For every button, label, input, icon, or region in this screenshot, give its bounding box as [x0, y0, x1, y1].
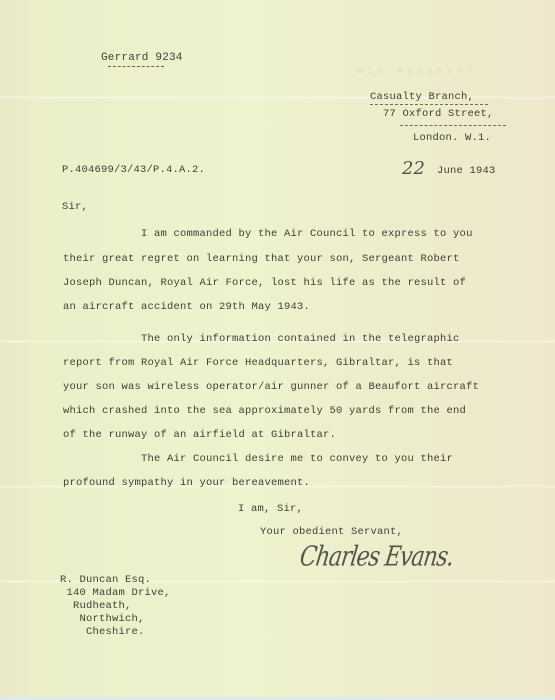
body-line: report from Royal Air Force Headquarters… [63, 357, 453, 369]
closing-line-1: I am, Sir, [238, 503, 303, 515]
reference-number: P.404699/3/43/P.4.A.2. [62, 164, 205, 176]
closing-line-2: Your obedient Servant, [260, 526, 403, 538]
telephone-underline [108, 66, 164, 67]
date-day-handwritten: 22 [402, 158, 425, 179]
sender-address-line-3: London. W.1. [413, 132, 491, 144]
body-line: Joseph Duncan, Royal Air Force, lost his… [63, 277, 466, 289]
body-line: which crashed into the sea approximately… [63, 405, 466, 417]
signature: Charles Evans. [298, 542, 455, 573]
date-month-year: June 1943 [437, 165, 496, 177]
body-line: The only information contained in the te… [63, 333, 460, 345]
recipient-line: Rudheath, [60, 600, 132, 612]
address-underline [370, 104, 488, 105]
sender-address-line-2: 77 Oxford Street, [383, 108, 494, 120]
telephone-number: Gerrard 9234 [101, 52, 183, 64]
address-underline [400, 125, 506, 126]
sender-address-line-1: Casualty Branch, [370, 91, 474, 103]
body-line: their great regret on learning that your… [63, 253, 460, 265]
recipient-line: Northwich, [60, 613, 145, 625]
body-line: profound sympathy in your bereavement. [63, 477, 310, 489]
body-line: I am commanded by the Air Council to exp… [63, 228, 473, 240]
body-line: your son was wireless operator/air gunne… [63, 381, 479, 393]
recipient-line: 140 Madam Drive, [60, 587, 171, 599]
letter-page: Gerrard 9234 AIR MINISTRY Casualty Branc… [0, 0, 555, 697]
embossed-letterhead: AIR MINISTRY [357, 67, 477, 78]
body-line: an aircraft accident on 29th May 1943. [63, 301, 310, 313]
body-line: The Air Council desire me to convey to y… [63, 453, 453, 465]
recipient-line: Cheshire. [60, 626, 145, 638]
salutation: Sir, [62, 201, 88, 213]
body-line: of the runway of an airfield at Gibralta… [63, 429, 336, 441]
recipient-line: R. Duncan Esq. [60, 574, 151, 586]
